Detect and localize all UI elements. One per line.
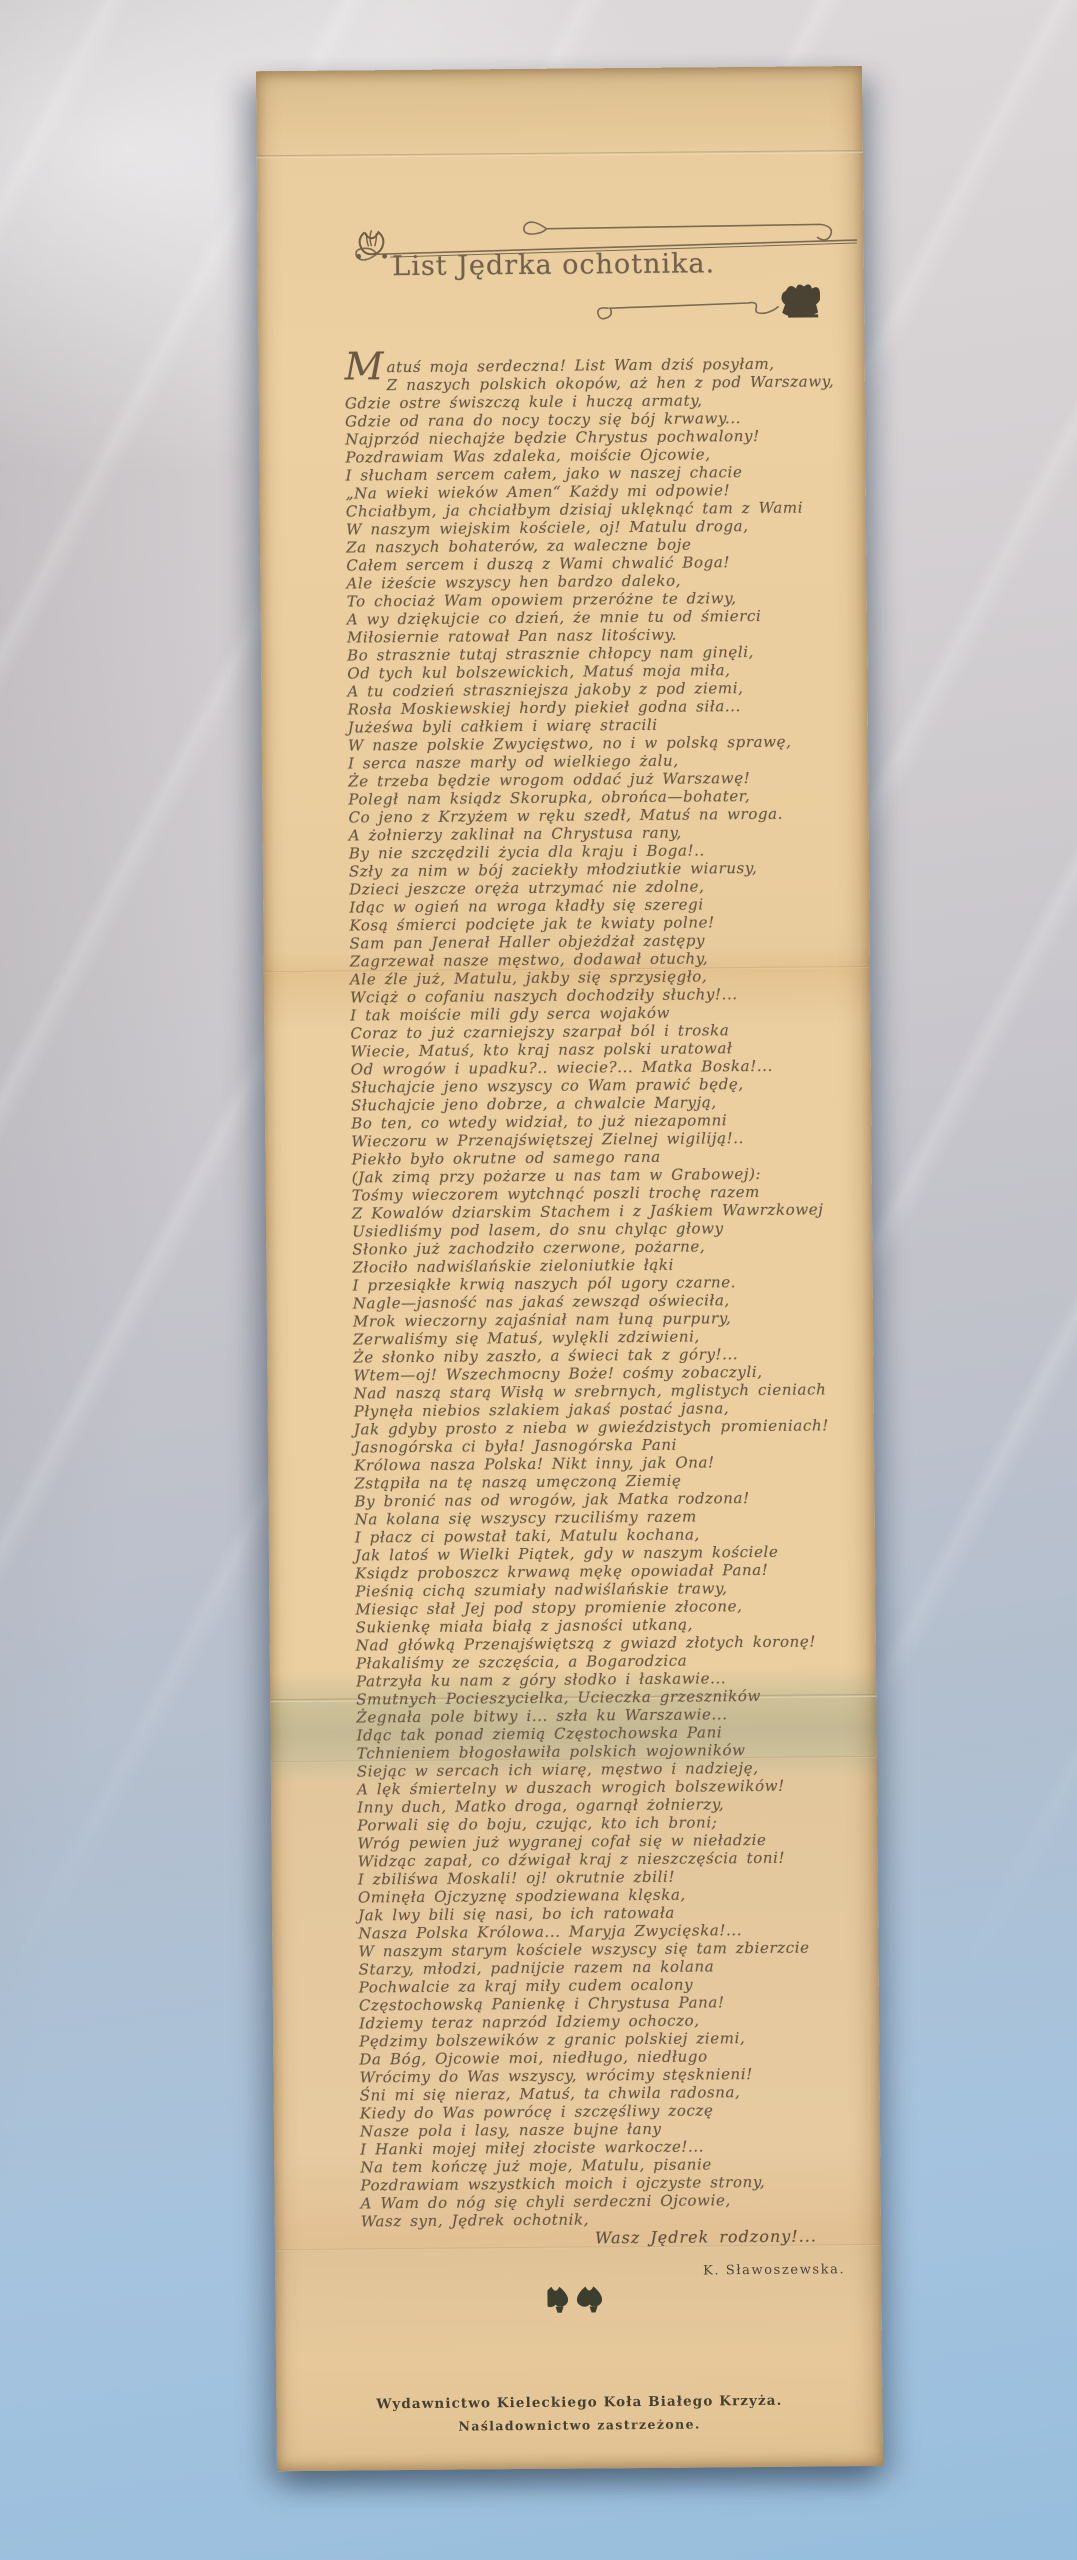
fleuron-icon — [547, 2287, 568, 2313]
page-title: List Jędrka ochotnika. — [258, 248, 850, 283]
imprint-line-2: Naśladownictwo zastrzeżone. — [277, 2415, 883, 2435]
leaflet-paper: List Jędrka ochotnika. Matuś moja serdec… — [256, 66, 883, 2471]
signature-line: Wasz Jędrek rodzony!... — [595, 2226, 817, 2247]
scroll-rule-under-title — [598, 302, 778, 318]
scroll-rule-top — [524, 219, 832, 242]
fleuron-pair — [275, 2282, 881, 2317]
fleuron-icon — [577, 2286, 602, 2312]
poem-body: Matuś moja serdeczna! List Wam dziś posy… — [345, 354, 851, 2230]
fold-crease — [257, 150, 863, 158]
author-attribution: K. Sławoszewska. — [703, 2262, 845, 2278]
imprint: Wydawnictwo Kieleckiego Koła Białego Krz… — [276, 2392, 882, 2435]
crest-icon — [781, 284, 820, 317]
imprint-line-1: Wydawnictwo Kieleckiego Koła Białego Krz… — [276, 2392, 882, 2413]
title-underline-flourish — [588, 278, 820, 324]
